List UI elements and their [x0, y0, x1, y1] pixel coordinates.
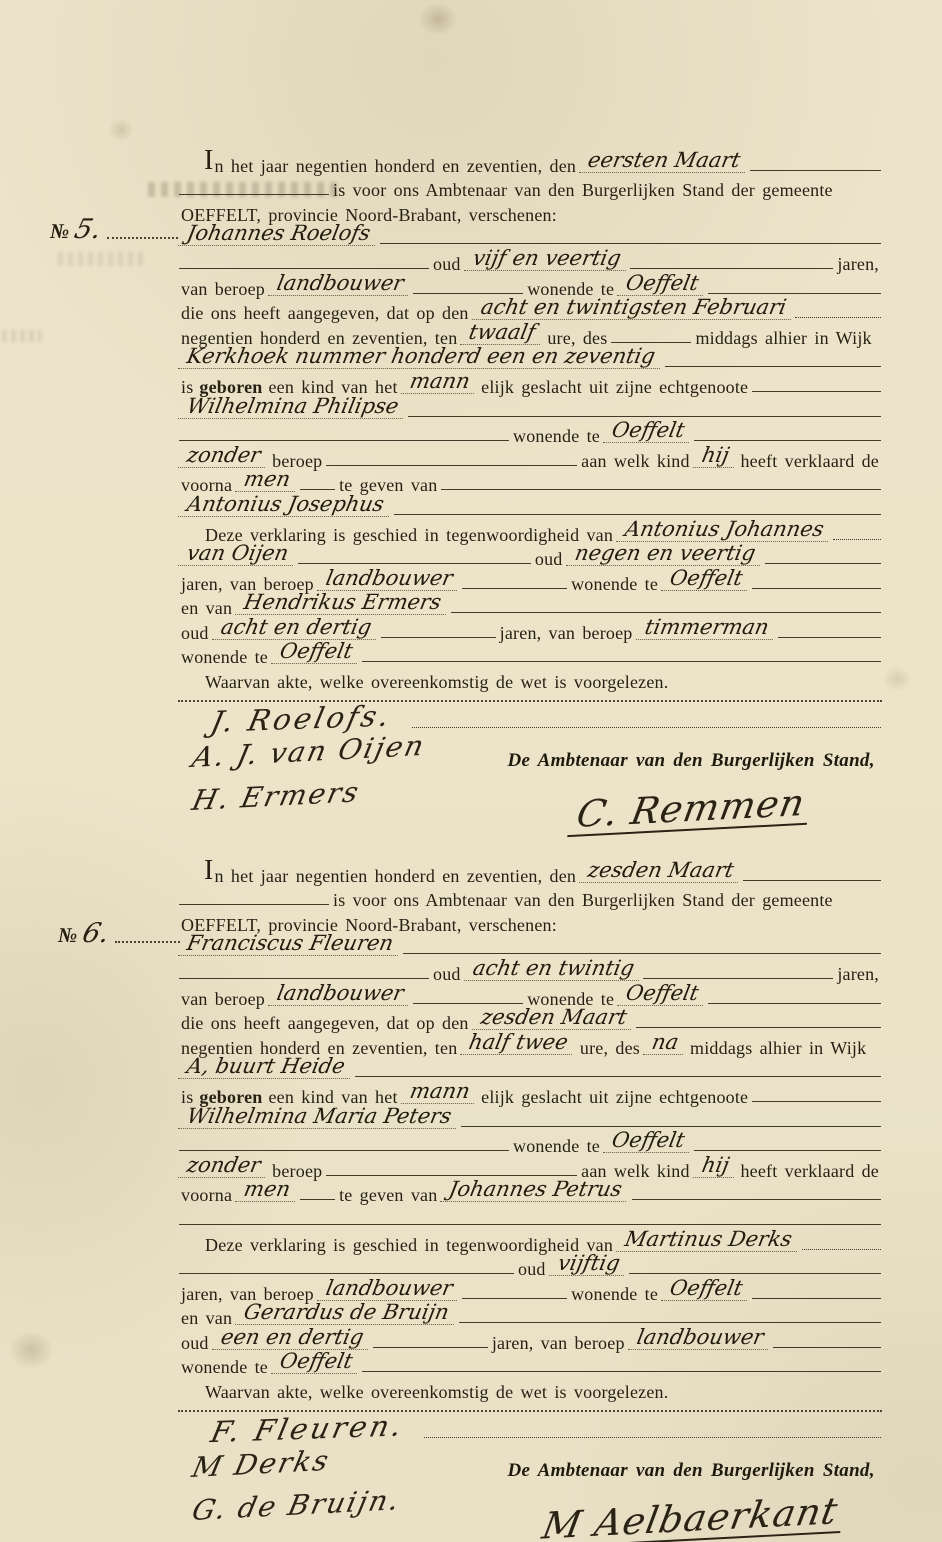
blank-rule	[381, 637, 496, 638]
handwritten-entry: men	[235, 1179, 299, 1202]
handwritten-entry: Johannes Petrus	[440, 1179, 631, 1202]
form-line: Deze verklaring is geschied in tegenwoor…	[178, 1229, 882, 1254]
form-line: wonende teOeffelt	[178, 1131, 882, 1156]
form-line: jaren, van beroeplandbouwerwonende teOef…	[178, 1278, 882, 1303]
act-number-value: 6.	[74, 922, 118, 946]
blank-rule	[694, 440, 881, 441]
official-signature: M Aelbaerkant	[533, 1482, 849, 1542]
handwritten-entry: acht en twintig	[463, 958, 642, 981]
handwritten-entry: Martinus Derks	[616, 1229, 801, 1252]
blank-rule	[179, 1224, 881, 1225]
form-line: van beroeplandbouwerwonende teOeffelt	[178, 273, 882, 298]
handwritten-entry: Oeffelt	[617, 273, 708, 296]
act-number-5: № 5.	[50, 218, 178, 242]
blank-rule	[300, 1199, 335, 1200]
blank-rule	[636, 1027, 881, 1028]
handwritten-entry: Oeffelt	[617, 983, 708, 1006]
form-line: Antonius Josephus	[178, 494, 882, 519]
form-line: Kerkhoek nummer honderd een en zeventig	[178, 347, 882, 372]
blank-rule	[708, 1003, 881, 1004]
blank-rule	[179, 1273, 514, 1274]
official-signature: C. Remmen	[567, 774, 816, 837]
printed-text: oud	[430, 255, 464, 273]
blank-rule	[326, 465, 577, 466]
form-line: jaren, van beroeplandbouwerwonende teOef…	[178, 568, 882, 593]
handwritten-entry: zonder	[178, 445, 270, 468]
form-line: Johannes Roelofs	[178, 224, 882, 249]
handwritten-entry: men	[235, 469, 299, 492]
form-line: Wilhelmina Maria Peters	[178, 1106, 882, 1131]
declarant-signature-row: F. Fleuren.	[178, 1412, 882, 1444]
dotted-rule	[107, 237, 178, 239]
official-title: De Ambtenaar van den Burgerlijken Stand,	[500, 750, 882, 772]
blank-rule	[403, 953, 881, 954]
printed-text: middags alhier in Wijk	[687, 1039, 869, 1057]
handwritten-entry: hij	[692, 1155, 737, 1178]
form-line: In het jaar negentien honderd en zeventi…	[178, 860, 882, 885]
printed-text: wonende te	[510, 1137, 603, 1155]
printed-text: wonende te	[178, 1358, 271, 1376]
birth-record-5: In het jaar negentien honderd en zeventi…	[178, 150, 882, 831]
handwritten-entry: mann	[400, 371, 478, 394]
blank-rule	[778, 637, 881, 638]
handwritten-entry: eersten Maart	[579, 150, 749, 173]
handwritten-entry: Wilhelmina Philipse	[178, 396, 408, 419]
printed-text: van beroep	[178, 280, 268, 298]
blank-rule	[752, 1298, 881, 1299]
blank-rule	[408, 416, 881, 417]
printed-text: middags alhier in Wijk	[692, 329, 874, 347]
printed-text: elijk geslacht uit zijne echtgenoote	[478, 378, 751, 396]
blank-rule	[462, 588, 567, 589]
handwritten-entry: Oeffelt	[271, 1351, 362, 1374]
form-line: oudacht en twintigjaren,	[178, 958, 882, 983]
blank-rule	[380, 243, 881, 244]
printed-text: ure, des	[577, 1039, 643, 1057]
blank-rule	[300, 489, 335, 490]
form-line: wonende teOeffelt	[178, 1352, 882, 1377]
form-line: In het jaar negentien honderd en zeventi…	[178, 150, 882, 175]
blank-rule	[459, 1322, 881, 1323]
blank-rule	[765, 563, 881, 564]
printed-text: wonende te	[568, 1285, 661, 1303]
printed-text: wonende te	[510, 427, 603, 445]
printed-text: heeft verklaard de	[737, 1162, 882, 1180]
handwritten-entry: Oeffelt	[603, 420, 694, 443]
dotted-blank-rule	[833, 539, 881, 540]
form-line: die ons heeft aangegeven, dat op denacht…	[178, 298, 882, 323]
handwritten-entry: zonder	[178, 1155, 270, 1178]
handwritten-entry: timmerman	[635, 617, 777, 640]
blank-rule	[694, 1150, 881, 1151]
form-line: van beroeplandbouwerwonende teOeffelt	[178, 983, 882, 1008]
form-line: Waarvan akte, welke overeenkomstig de we…	[178, 1376, 882, 1401]
printed-text: Waarvan akte, welke overeenkomstig de we…	[202, 673, 671, 691]
form-line: voornamente geven van	[178, 470, 882, 495]
act-number-6: № 6.	[58, 922, 180, 946]
form-line: Franciscus Fleuren	[178, 934, 882, 959]
ink-bleedthrough	[58, 252, 144, 266]
act-number-value: 5.	[66, 218, 110, 242]
form-line	[178, 1204, 882, 1229]
birth-record-6: In het jaar negentien honderd en zeventi…	[178, 860, 882, 1541]
dotted-blank-rule	[802, 1249, 881, 1250]
blank-rule	[752, 1101, 881, 1102]
blank-rule	[743, 880, 881, 881]
blank-rule	[179, 440, 509, 441]
blank-rule	[462, 1298, 567, 1299]
handwritten-entry: vijf en veertig	[463, 248, 629, 271]
handwritten-entry: mann	[400, 1081, 478, 1104]
official-title: De Ambtenaar van den Burgerlijken Stand,	[500, 1460, 882, 1482]
signature-area: F. Fleuren. M Derks G. de Bruijn. De Amb…	[178, 1410, 882, 1541]
declarant-signature-row: J. Roelofs.	[178, 702, 882, 734]
form-line: isgeboreneen kind van hetmannelijk gesla…	[178, 1081, 882, 1106]
form-line: en vanHendrikus Ermers	[178, 593, 882, 618]
form-line: van Oijenoudnegen en veertig	[178, 544, 882, 569]
witness-signatures: M Derks G. de Bruijn.	[178, 1446, 500, 1541]
paper-stain	[108, 118, 134, 142]
handwritten-entry: Wilhelmina Maria Peters	[178, 1106, 460, 1129]
handwritten-entry: landbouwer	[317, 568, 462, 591]
blank-rule	[326, 1175, 577, 1176]
printed-text: heeft verklaard de	[737, 452, 882, 470]
handwritten-entry: landbouwer	[268, 983, 413, 1006]
printed-text: elijk geslacht uit zijne echtgenoote	[478, 1088, 751, 1106]
blank-rule	[611, 342, 691, 343]
handwritten-entry: landbouwer	[268, 273, 413, 296]
printed-text: Waarvan akte, welke overeenkomstig de we…	[202, 1383, 671, 1401]
form-line: Waarvan akte, welke overeenkomstig de we…	[178, 666, 882, 691]
form-line: oudvijftig	[178, 1254, 882, 1279]
form-line: voornamente geven vanJohannes Petrus	[178, 1180, 882, 1205]
form-line: Deze verklaring is geschied in tegenwoor…	[178, 519, 882, 544]
handwritten-entry: Gerardus de Bruijn	[235, 1302, 458, 1325]
printed-text: Deze verklaring is geschied in tegenwoor…	[202, 1236, 616, 1254]
printed-text: oud	[178, 624, 212, 642]
printed-text: te geven van	[336, 1186, 440, 1204]
blank-rule	[394, 514, 881, 515]
handwritten-entry: Oeffelt	[603, 1130, 694, 1153]
printed-text: oud	[532, 550, 566, 568]
handwritten-entry: A, buurt Heide	[178, 1056, 354, 1079]
handwritten-entry: van Oijen	[178, 543, 297, 566]
handwritten-entry: landbouwer	[627, 1327, 772, 1350]
handwritten-entry: zesden Maart	[471, 1007, 635, 1030]
blank-rule	[362, 661, 881, 662]
form-line: Wilhelmina Philipse	[178, 396, 882, 421]
handwritten-entry: Antonius Josephus	[178, 494, 393, 517]
printed-text: is voor ons Ambtenaar van den Burgerlijk…	[330, 181, 836, 199]
printed-text: jaren,	[834, 965, 882, 983]
dotted-blank-rule	[795, 317, 881, 318]
printed-text: oud	[178, 1334, 212, 1352]
handwritten-entry: landbouwer	[317, 1278, 462, 1301]
blank-rule	[373, 1347, 488, 1348]
printed-text: oud	[515, 1260, 549, 1278]
blank-rule	[629, 1273, 881, 1274]
paper-stain	[8, 1330, 54, 1370]
printed-initial: I	[202, 857, 215, 885]
witness-signatures: A. J. van Oijen H. Ermers	[178, 736, 500, 831]
blank-rule	[298, 563, 531, 564]
handwritten-entry: Johannes Roelofs	[178, 223, 379, 246]
handwritten-entry: een en dertig	[211, 1327, 372, 1350]
blank-rule	[665, 366, 881, 367]
handwritten-entry: half twee	[460, 1032, 577, 1055]
blank-rule	[179, 904, 329, 905]
blank-rule	[632, 1199, 881, 1200]
printed-text: van beroep	[178, 990, 268, 1008]
form-line: wonende teOeffelt	[178, 642, 882, 667]
blank-rule	[413, 293, 523, 294]
ink-bleedthrough	[2, 330, 42, 342]
handwritten-entry: na	[643, 1032, 688, 1055]
blank-rule	[643, 978, 833, 979]
blank-rule	[362, 1371, 881, 1372]
blank-rule	[179, 1150, 509, 1151]
blank-rule	[355, 1076, 882, 1077]
handwritten-entry: Oeffelt	[661, 1278, 752, 1301]
blank-rule	[179, 978, 429, 979]
dotted-rule	[115, 941, 180, 943]
handwritten-entry: Antonius Johannes	[616, 519, 833, 542]
printed-text: jaren, van beroep	[489, 1334, 628, 1352]
handwritten-entry: hij	[692, 445, 737, 468]
printed-text: die ons heeft aangegeven, dat op den	[178, 304, 472, 322]
record-lines-1: In het jaar negentien honderd en zeventi…	[178, 860, 882, 1401]
blank-rule	[752, 588, 881, 589]
blank-rule	[461, 1126, 881, 1127]
handwritten-entry: Oeffelt	[271, 641, 362, 664]
form-line: is voor ons Ambtenaar van den Burgerlijk…	[178, 175, 882, 200]
signature-area: J. Roelofs. A. J. van Oijen H. Ermers De…	[178, 700, 882, 831]
printed-text: jaren, van beroep	[497, 624, 636, 642]
form-line: A, buurt Heide	[178, 1057, 882, 1082]
printed-text: wonende te	[568, 575, 661, 593]
handwritten-entry: Kerkhoek nummer honderd een en zeventig	[178, 346, 664, 369]
form-line: isgeboreneen kind van hetmannelijk gesla…	[178, 371, 882, 396]
blank-rule	[752, 391, 881, 392]
handwritten-entry: acht en twintigsten Februari	[471, 297, 794, 320]
blank-rule	[630, 268, 833, 269]
printed-text: n het jaar negentien honderd en zeventie…	[215, 157, 580, 175]
blank-rule	[451, 612, 881, 613]
form-line: is voor ons Ambtenaar van den Burgerlijk…	[178, 885, 882, 910]
handwritten-entry: negen en veertig	[565, 543, 763, 566]
handwritten-entry: twaalf	[460, 322, 544, 345]
printed-text: n het jaar negentien honderd en zeventie…	[215, 867, 580, 885]
blank-rule	[441, 489, 881, 490]
form-line: wonende teOeffelt	[178, 421, 882, 446]
birth-register-page: № 5. № 6. In het jaar negentien honderd …	[0, 0, 942, 1542]
handwritten-entry: vijftig	[548, 1253, 628, 1276]
blank-rule	[179, 268, 429, 269]
paper-stain	[418, 2, 458, 36]
printed-text: is voor ons Ambtenaar van den Burgerlijk…	[330, 891, 836, 909]
form-line: en vanGerardus de Bruijn	[178, 1303, 882, 1328]
blank-rule	[750, 170, 881, 171]
record-lines-0: In het jaar negentien honderd en zeventi…	[178, 150, 882, 691]
handwritten-entry: Franciscus Fleuren	[178, 933, 402, 956]
form-line: die ons heeft aangegeven, dat op denzesd…	[178, 1008, 882, 1033]
printed-initial: I	[202, 147, 215, 175]
blank-rule	[773, 1347, 881, 1348]
printed-text: jaren,	[834, 255, 882, 273]
blank-rule	[708, 293, 881, 294]
blank-rule	[413, 1003, 523, 1004]
handwritten-entry: zesden Maart	[579, 860, 743, 883]
printed-text: wonende te	[178, 648, 271, 666]
printed-text: die ons heeft aangegeven, dat op den	[178, 1014, 472, 1032]
blank-rule	[179, 194, 329, 195]
printed-text: voorna	[178, 1186, 235, 1204]
printed-text: oud	[430, 965, 464, 983]
form-line: oudvijf en veertigjaren,	[178, 248, 882, 273]
handwritten-entry: Hendrikus Ermers	[235, 592, 450, 615]
handwritten-entry: acht en dertig	[211, 617, 380, 640]
printed-text: aan welk kind	[578, 452, 693, 470]
handwritten-entry: Oeffelt	[661, 568, 752, 591]
paper-stain	[882, 666, 912, 692]
